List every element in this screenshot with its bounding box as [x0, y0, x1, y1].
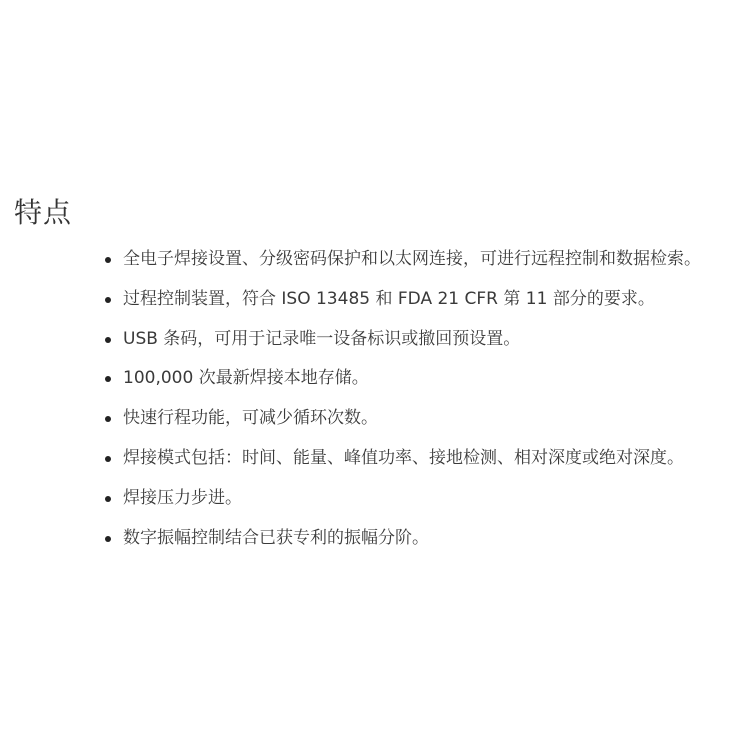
feature-item: 数字振幅控制结合已获专利的振幅分阶。 — [105, 527, 701, 567]
bullet-icon — [105, 337, 111, 343]
bullet-icon — [105, 297, 111, 303]
section-title: 特点 — [14, 193, 72, 233]
feature-item: USB 条码，可用于记录唯一设备标识或撤回预设置。 — [105, 328, 701, 368]
bullet-icon — [105, 536, 111, 542]
feature-item: 快速行程功能，可减少循环次数。 — [105, 407, 701, 447]
feature-text: USB 条码，可用于记录唯一设备标识或撤回预设置。 — [123, 328, 520, 350]
bullet-icon — [105, 257, 111, 263]
feature-text: 100,000 次最新焊接本地存储。 — [123, 367, 369, 389]
bullet-icon — [105, 376, 111, 382]
feature-text: 过程控制装置，符合 ISO 13485 和 FDA 21 CFR 第 11 部分… — [123, 288, 655, 310]
feature-item: 全电子焊接设置、分级密码保护和以太网连接，可进行远程控制和数据检索。 — [105, 248, 701, 288]
feature-item: 100,000 次最新焊接本地存储。 — [105, 367, 701, 407]
feature-item: 焊接模式包括：时间、能量、峰值功率、接地检测、相对深度或绝对深度。 — [105, 447, 701, 487]
feature-text: 焊接压力步进。 — [123, 487, 242, 509]
feature-text: 数字振幅控制结合已获专利的振幅分阶。 — [123, 527, 429, 549]
feature-text: 焊接模式包括：时间、能量、峰值功率、接地检测、相对深度或绝对深度。 — [123, 447, 684, 469]
feature-item: 过程控制装置，符合 ISO 13485 和 FDA 21 CFR 第 11 部分… — [105, 288, 701, 328]
bullet-icon — [105, 496, 111, 502]
feature-text: 快速行程功能，可减少循环次数。 — [123, 407, 378, 429]
bullet-icon — [105, 416, 111, 422]
bullet-icon — [105, 456, 111, 462]
feature-item: 焊接压力步进。 — [105, 487, 701, 527]
feature-text: 全电子焊接设置、分级密码保护和以太网连接，可进行远程控制和数据检索。 — [123, 248, 701, 270]
feature-list: 全电子焊接设置、分级密码保护和以太网连接，可进行远程控制和数据检索。 过程控制装… — [105, 248, 701, 566]
